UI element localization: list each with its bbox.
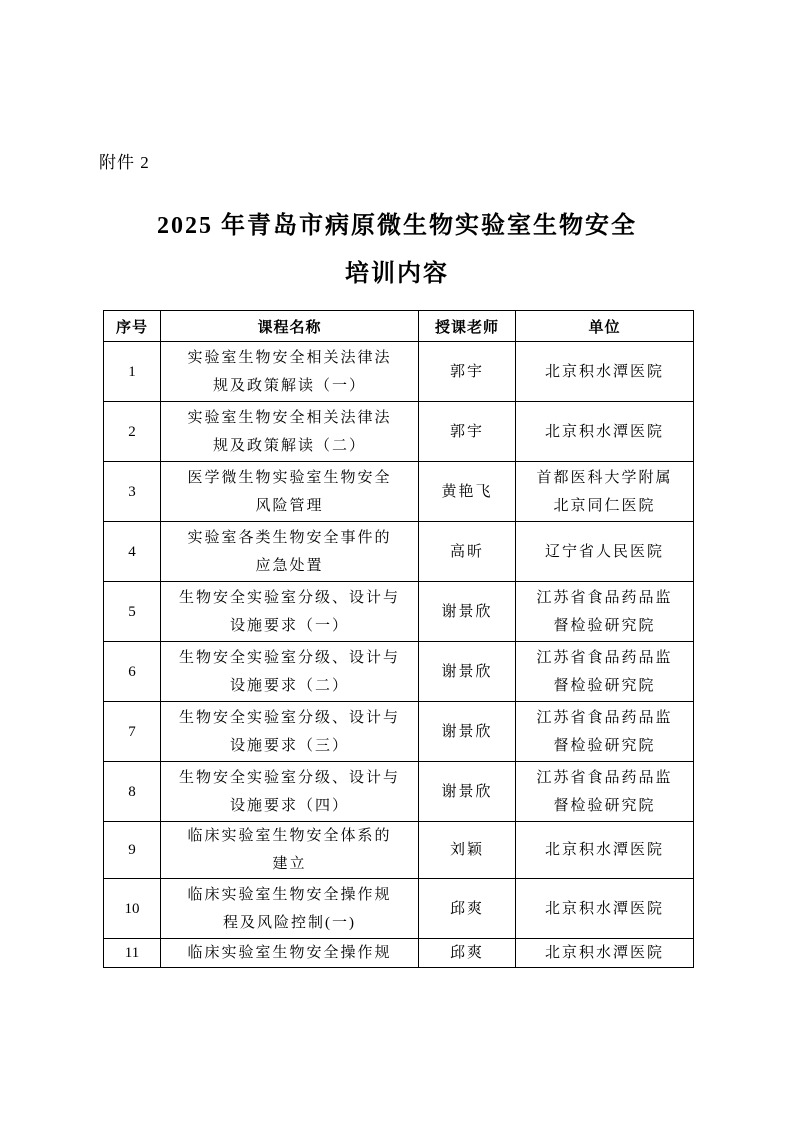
cell-unit: 江苏省食品药品监 督检验研究院 xyxy=(516,642,694,702)
cell-unit: 北京积水潭医院 xyxy=(516,342,694,402)
table-row: 7生物安全实验室分级、设计与 设施要求（三）谢景欣江苏省食品药品监 督检验研究院 xyxy=(104,702,694,762)
attachment-label: 附件 2 xyxy=(99,148,150,173)
table-header-row: 序号 课程名称 授课老师 单位 xyxy=(104,311,694,342)
table-row: 10临床实验室生物安全操作规 程及风险控制(一)邱爽北京积水潭医院 xyxy=(104,879,694,939)
document-title-line1: 2025 年青岛市病原微生物实验室生物安全 xyxy=(0,205,794,240)
cell-unit: 辽宁省人民医院 xyxy=(516,522,694,582)
header-teacher: 授课老师 xyxy=(419,311,516,342)
cell-serial-number: 4 xyxy=(104,522,161,582)
cell-unit: 江苏省食品药品监 督检验研究院 xyxy=(516,762,694,822)
cell-teacher: 刘颖 xyxy=(419,822,516,879)
training-content-table: 序号 课程名称 授课老师 单位 1实验室生物安全相关法律法 规及政策解读（一）郭… xyxy=(103,310,694,968)
cell-course-name: 生物安全实验室分级、设计与 设施要求（二） xyxy=(161,642,419,702)
cell-serial-number: 1 xyxy=(104,342,161,402)
table-row: 11临床实验室生物安全操作规邱爽北京积水潭医院 xyxy=(104,939,694,968)
cell-course-name: 医学微生物实验室生物安全 风险管理 xyxy=(161,462,419,522)
cell-teacher: 郭宇 xyxy=(419,402,516,462)
table-row: 5生物安全实验室分级、设计与 设施要求（一）谢景欣江苏省食品药品监 督检验研究院 xyxy=(104,582,694,642)
cell-course-name: 临床实验室生物安全操作规 xyxy=(161,939,419,968)
cell-teacher: 谢景欣 xyxy=(419,762,516,822)
cell-teacher: 谢景欣 xyxy=(419,702,516,762)
cell-unit: 江苏省食品药品监 督检验研究院 xyxy=(516,702,694,762)
cell-unit: 首都医科大学附属 北京同仁医院 xyxy=(516,462,694,522)
document-page: 附件 2 2025 年青岛市病原微生物实验室生物安全 培训内容 序号 课程名称 … xyxy=(0,0,794,1123)
cell-teacher: 郭宇 xyxy=(419,342,516,402)
table-row: 2实验室生物安全相关法律法 规及政策解读（二）郭宇北京积水潭医院 xyxy=(104,402,694,462)
cell-course-name: 生物安全实验室分级、设计与 设施要求（四） xyxy=(161,762,419,822)
cell-serial-number: 3 xyxy=(104,462,161,522)
cell-serial-number: 8 xyxy=(104,762,161,822)
cell-unit: 北京积水潭医院 xyxy=(516,939,694,968)
cell-unit: 北京积水潭医院 xyxy=(516,879,694,939)
cell-course-name: 生物安全实验室分级、设计与 设施要求（一） xyxy=(161,582,419,642)
header-serial-number: 序号 xyxy=(104,311,161,342)
cell-course-name: 实验室生物安全相关法律法 规及政策解读（一） xyxy=(161,342,419,402)
table-row: 4实验室各类生物安全事件的 应急处置高昕辽宁省人民医院 xyxy=(104,522,694,582)
cell-teacher: 谢景欣 xyxy=(419,642,516,702)
table-body: 1实验室生物安全相关法律法 规及政策解读（一）郭宇北京积水潭医院2实验室生物安全… xyxy=(104,342,694,968)
cell-teacher: 黄艳飞 xyxy=(419,462,516,522)
cell-teacher: 谢景欣 xyxy=(419,582,516,642)
cell-serial-number: 9 xyxy=(104,822,161,879)
table-row: 3医学微生物实验室生物安全 风险管理黄艳飞首都医科大学附属 北京同仁医院 xyxy=(104,462,694,522)
cell-serial-number: 5 xyxy=(104,582,161,642)
table-row: 9临床实验室生物安全体系的 建立刘颖北京积水潭医院 xyxy=(104,822,694,879)
cell-serial-number: 6 xyxy=(104,642,161,702)
table-row: 8生物安全实验室分级、设计与 设施要求（四）谢景欣江苏省食品药品监 督检验研究院 xyxy=(104,762,694,822)
cell-teacher: 邱爽 xyxy=(419,939,516,968)
cell-serial-number: 2 xyxy=(104,402,161,462)
cell-unit: 北京积水潭医院 xyxy=(516,402,694,462)
cell-course-name: 实验室生物安全相关法律法 规及政策解读（二） xyxy=(161,402,419,462)
table-row: 6生物安全实验室分级、设计与 设施要求（二）谢景欣江苏省食品药品监 督检验研究院 xyxy=(104,642,694,702)
document-title-line2: 培训内容 xyxy=(0,253,794,288)
cell-unit: 北京积水潭医院 xyxy=(516,822,694,879)
cell-course-name: 临床实验室生物安全体系的 建立 xyxy=(161,822,419,879)
table-row: 1实验室生物安全相关法律法 规及政策解读（一）郭宇北京积水潭医院 xyxy=(104,342,694,402)
cell-course-name: 临床实验室生物安全操作规 程及风险控制(一) xyxy=(161,879,419,939)
cell-serial-number: 7 xyxy=(104,702,161,762)
header-course-name: 课程名称 xyxy=(161,311,419,342)
header-unit: 单位 xyxy=(516,311,694,342)
cell-serial-number: 10 xyxy=(104,879,161,939)
cell-course-name: 生物安全实验室分级、设计与 设施要求（三） xyxy=(161,702,419,762)
cell-teacher: 邱爽 xyxy=(419,879,516,939)
cell-unit: 江苏省食品药品监 督检验研究院 xyxy=(516,582,694,642)
cell-serial-number: 11 xyxy=(104,939,161,968)
cell-teacher: 高昕 xyxy=(419,522,516,582)
cell-course-name: 实验室各类生物安全事件的 应急处置 xyxy=(161,522,419,582)
